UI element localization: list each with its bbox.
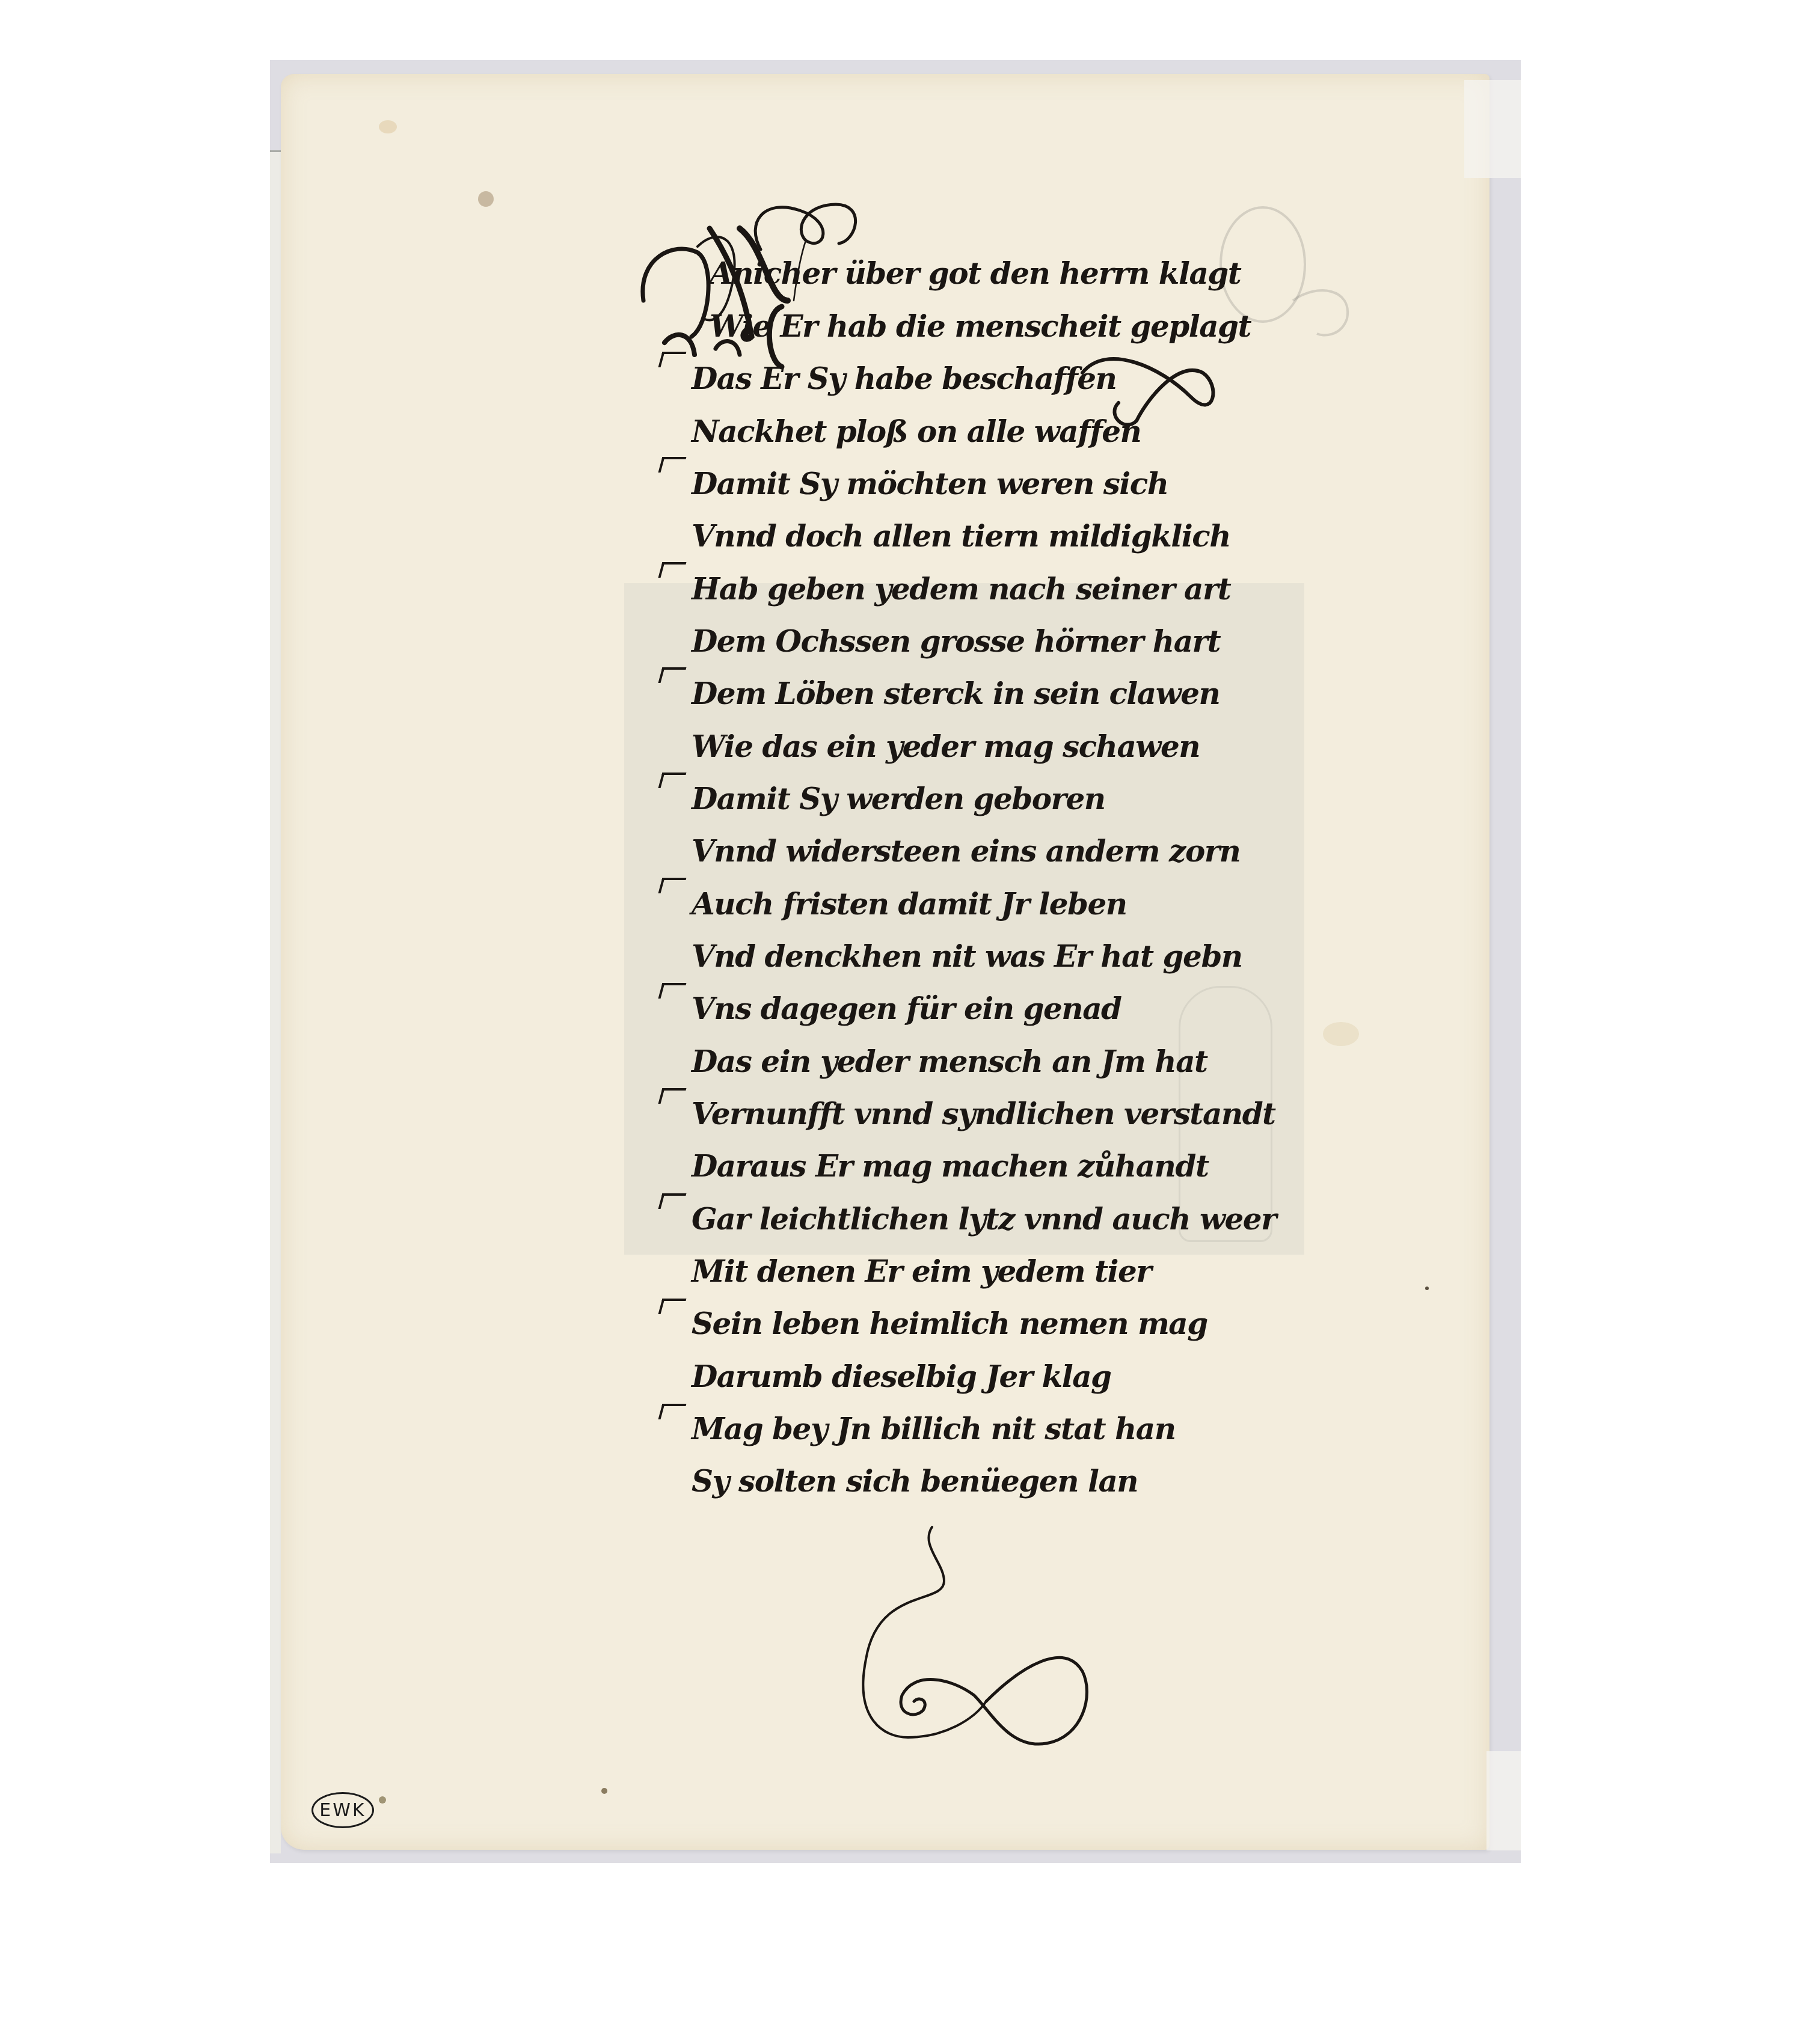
verse-line-11: Damit Sy werden geboren <box>692 781 1105 817</box>
verse-line-22: Darumb dieselbig Jer klag <box>692 1359 1111 1395</box>
tape-strip-bottom <box>1486 1751 1521 1850</box>
margin-mark <box>658 878 687 893</box>
ink-dot <box>601 1788 607 1794</box>
verse-line-2: Wie Er hab die menscheit geplagt <box>710 308 1251 344</box>
verse-line-13: Auch fristen damit Jr leben <box>692 886 1127 922</box>
verse-line-21: Sein leben heimlich nemen mag <box>692 1306 1207 1342</box>
margin-mark <box>658 1404 687 1419</box>
margin-mark <box>658 1088 687 1104</box>
verse-line-14: Vnd denckhen nit was Er hat gebn <box>692 938 1242 975</box>
foxing-stain <box>1323 1022 1359 1046</box>
margin-mark <box>658 1299 687 1314</box>
verse-line-3: Das Er Sy habe beschaffen <box>692 361 1116 397</box>
verse-line-4: Nackhet ploß on alle waffen <box>692 414 1141 450</box>
margin-mark <box>658 1193 687 1209</box>
verse-line-1: Anicher über got den herrn klagt <box>710 255 1241 292</box>
ink-dot <box>1425 1287 1429 1290</box>
verse-line-15: Vns dagegen für ein genad <box>692 991 1121 1027</box>
verse-line-9: Dem Löben sterck in sein clawen <box>692 676 1220 712</box>
verse-line-24: Sy solten sich benüegen lan <box>692 1463 1138 1499</box>
margin-mark <box>658 667 687 683</box>
verse-line-12: Vnnd widersteen eins andern zorn <box>692 833 1240 869</box>
verse-line-23: Mag bey Jn billich nit stat han <box>692 1411 1176 1447</box>
foxing-stain <box>478 191 494 207</box>
verse-line-20: Mit denen Er eim yedem tier <box>692 1253 1151 1290</box>
margin-mark <box>658 983 687 999</box>
stamp-text: EWK <box>319 1800 366 1821</box>
verse-line-5: Damit Sy möchten weren sich <box>692 466 1168 502</box>
verse-line-17: Vernunfft vnnd syndlichen verstandt <box>692 1096 1275 1132</box>
margin-mark <box>658 773 687 788</box>
tailpiece-flourish <box>842 1521 1118 1785</box>
ink-dot <box>379 1796 386 1804</box>
margin-mark <box>658 457 687 473</box>
verse-line-7: Hab geben yedem nach seiner art <box>692 571 1230 607</box>
margin-mark <box>658 352 687 367</box>
tape-strip-top <box>1464 80 1521 178</box>
mount-hinge-strip <box>270 150 281 1853</box>
foxing-stain <box>379 120 397 133</box>
margin-mark <box>658 562 687 578</box>
verse-line-10: Wie das ein yeder mag schawen <box>692 729 1200 765</box>
verse-line-18: Daraus Er mag machen zůhandt <box>692 1148 1209 1184</box>
collector-stamp: EWK <box>311 1792 374 1828</box>
verse-line-19: Gar leichtlichen lytz vnnd auch weer <box>692 1201 1276 1237</box>
verse-line-6: Vnnd doch allen tiern mildigklich <box>692 518 1230 554</box>
verse-line-8: Dem Ochssen grosse hörner hart <box>692 623 1220 659</box>
verse-line-16: Das ein yeder mensch an Jm hat <box>692 1044 1207 1080</box>
